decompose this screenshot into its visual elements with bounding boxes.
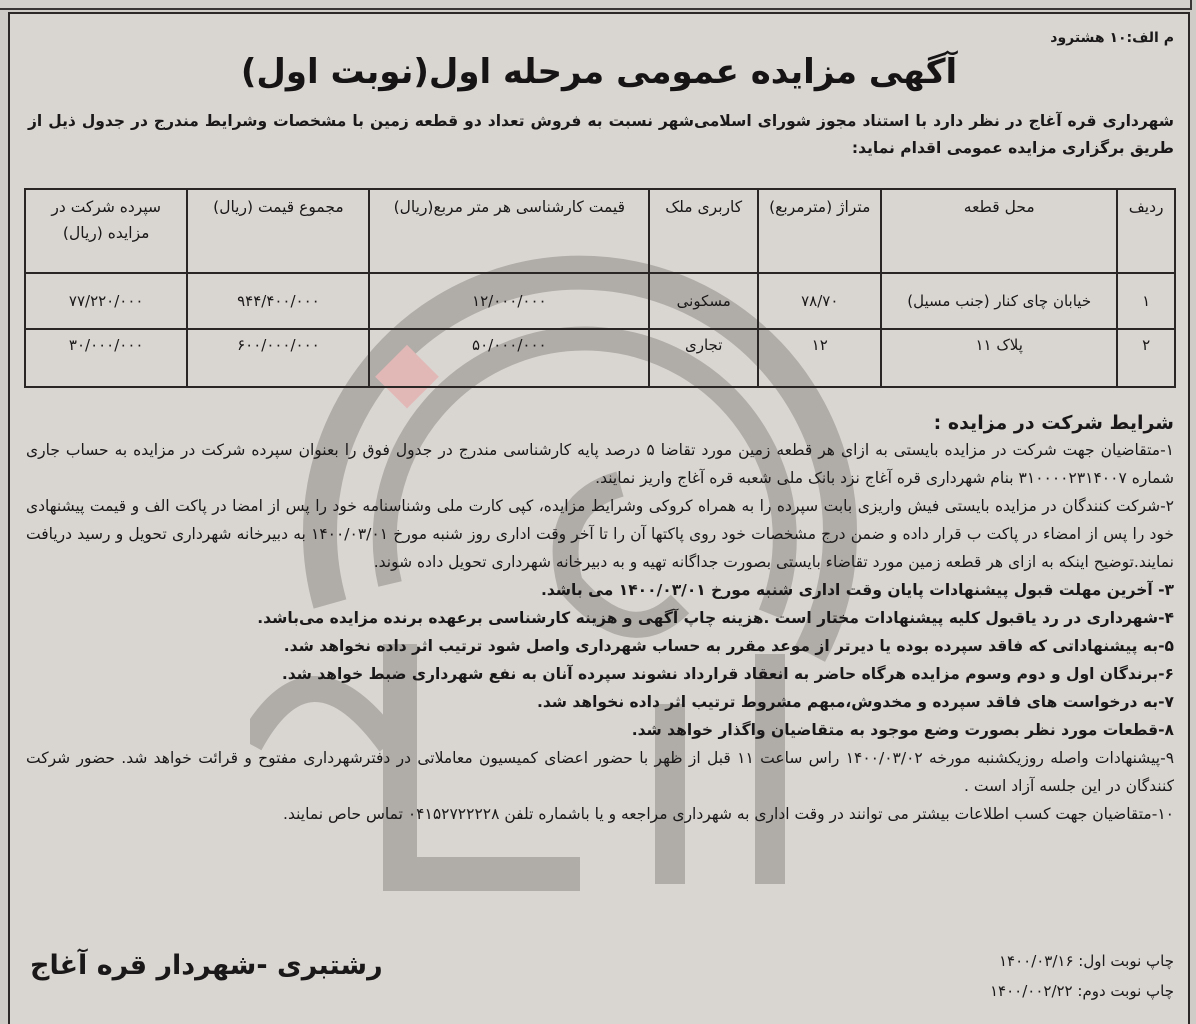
cell-unit-price: ۵۰/۰۰۰/۰۰۰ [369,329,649,387]
print-date-second: چاپ نوبت دوم: ۱۴۰۰/۰۰۲/۲۲ [990,976,1174,1006]
condition-item-6: ۶-برندگان اول و دوم وسوم مزایده هرگاه حا… [26,660,1174,688]
notice-title: آگهی مزایده عمومی مرحله اول(نوبت اول) [10,52,1188,92]
col-usage: کاربری ملک [649,189,758,273]
condition-item-7: ۷-به درخواست های فاقد سپرده و مخدوش،مبهم… [26,688,1174,716]
col-row-number: ردیف [1117,189,1175,273]
cell-total-price: ۹۴۴/۴۰۰/۰۰۰ [187,273,369,329]
print-date-first: چاپ نوبت اول: ۱۴۰۰/۰۳/۱۶ [990,946,1174,976]
table-row: ۲ پلاک ۱۱ ۱۲ تجاری ۵۰/۰۰۰/۰۰۰ ۶۰۰/۰۰۰/۰۰… [25,329,1175,387]
cell-area: ۱۲ [758,329,881,387]
mayor-signature: رشتبری -شهردار قره آغاج [30,950,383,981]
condition-item-1: ۱-متقاضیان جهت شرکت در مزایده بایستی به … [26,436,1174,492]
col-area: متراژ (مترمربع) [758,189,881,273]
cell-usage: تجاری [649,329,758,387]
condition-item-10: ۱۰-متقاضیان جهت کسب اطلاعات بیشتر می توا… [26,800,1174,828]
condition-item-5: ۵-به پیشنهاداتی که فاقد سپرده بوده یا دی… [26,632,1174,660]
col-total-price: مجموع قیمت (ریال) [187,189,369,273]
conditions-section: شرایط شرکت در مزایده : ۱-متقاضیان جهت شر… [26,412,1174,828]
cell-total-price: ۶۰۰/۰۰۰/۰۰۰ [187,329,369,387]
cell-location: پلاک ۱۱ [881,329,1117,387]
cell-row-number: ۱ [1117,273,1175,329]
cell-usage: مسکونی [649,273,758,329]
col-deposit: سپرده شرکت در مزایده (ریال) [25,189,187,273]
conditions-title: شرایط شرکت در مزایده : [26,412,1174,434]
cell-row-number: ۲ [1117,329,1175,387]
cell-area: ۷۸/۷۰ [758,273,881,329]
cell-deposit: ۳۰/۰۰۰/۰۰۰ [25,329,187,387]
condition-item-8: ۸-قطعات مورد نظر بصورت وضع موجود به متقا… [26,716,1174,744]
col-location: محل قطعه [881,189,1117,273]
land-lots-table: ردیف محل قطعه متراژ (مترمربع) کاربری ملک… [24,188,1176,388]
table-header-row: ردیف محل قطعه متراژ (مترمربع) کاربری ملک… [25,189,1175,273]
condition-item-3: ۳- آخرین مهلت قبول پیشنهادات پایان وقت ا… [26,576,1174,604]
ad-code: م الف:۱۰ هشترود [1050,30,1174,46]
col-unit-price: قیمت کارشناسی هر متر مربع(ریال) [369,189,649,273]
cell-unit-price: ۱۲/۰۰۰/۰۰۰ [369,273,649,329]
print-dates: چاپ نوبت اول: ۱۴۰۰/۰۳/۱۶ چاپ نوبت دوم: ۱… [990,946,1174,1006]
condition-item-9: ۹-پیشنهادات واصله روزیکشنبه مورخه ۱۴۰۰/۰… [26,744,1174,800]
cell-location: خیابان چای کنار (جنب مسیل) [881,273,1117,329]
table-row: ۱ خیابان چای کنار (جنب مسیل) ۷۸/۷۰ مسکون… [25,273,1175,329]
condition-item-2: ۲-شرکت کنندگان در مزایده بایستی فیش واری… [26,492,1174,576]
condition-item-4: ۴-شهرداری در رد یاقبول کلیه پیشنهادات مخ… [26,604,1174,632]
previous-ad-border [0,0,1192,10]
auction-notice: م الف:۱۰ هشترود آگهی مزایده عمومی مرحله … [8,12,1190,1024]
cell-deposit: ۷۷/۲۲۰/۰۰۰ [25,273,187,329]
intro-paragraph: شهرداری قره آغاج در نظر دارد با استناد م… [28,108,1174,162]
